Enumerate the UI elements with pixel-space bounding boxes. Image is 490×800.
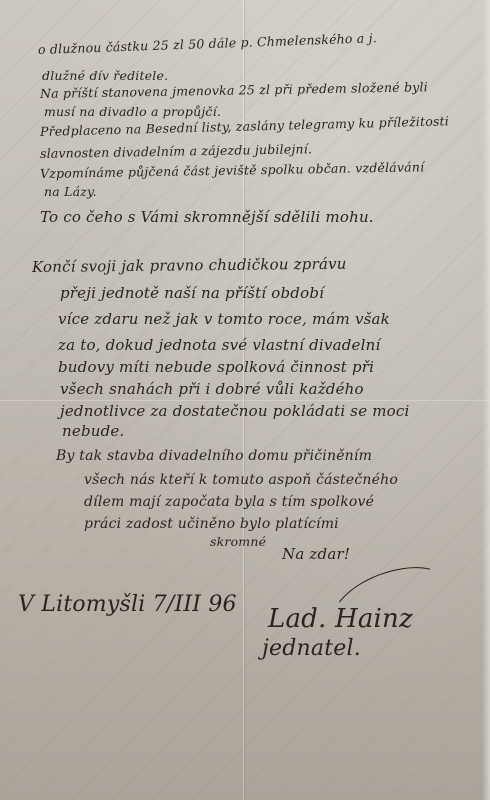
text-line: přeji jednotě naší na příští období <box>60 284 324 302</box>
signature-name: Lad. Hainz <box>268 604 413 634</box>
text-line: na Lázy. <box>44 184 97 199</box>
text-line: Vzpomínáme půjčená část jeviště spolku o… <box>40 159 425 181</box>
text-line: o dlužnou částku 25 zl 50 dále p. Chmele… <box>38 30 377 57</box>
horizontal-fold-crease <box>0 400 490 401</box>
text-line: nebude. <box>62 422 124 440</box>
text-line: jednotlivce za dostatečnou pokládati se … <box>60 402 410 420</box>
text-line: To co čeho s Vámi skromnější sdělili moh… <box>40 208 374 226</box>
text-line: budovy míti nebude spolková činnost při <box>58 358 374 376</box>
text-line: všech nás kteří k tomuto aspoň částečnéh… <box>84 472 398 488</box>
text-line: všech snahách při i dobré vůli každého <box>60 380 364 398</box>
text-line: dílem mají započata byla s tím spolkové <box>84 494 374 510</box>
closing-salutation: Na zdar! <box>282 545 350 563</box>
text-line: práci zadost učiněno bylo platícími <box>84 516 339 532</box>
signature-title: jednatel. <box>262 636 361 661</box>
text-line: skromné <box>210 534 266 549</box>
letter-page: o dlužnou částku 25 zl 50 dále p. Chmele… <box>0 0 490 800</box>
text-line: By tak stavba divadelního domu přičinění… <box>56 448 372 464</box>
text-line: dlužné dív ředitele. <box>42 68 168 83</box>
paper-edge <box>482 0 490 800</box>
text-line: slavnosten divadelním a zájezdu jubilejn… <box>40 141 312 161</box>
text-line: musí na divadlo a propůjčí. <box>44 104 221 119</box>
text-line: Končí svoji jak pravno chudičkou zprávu <box>32 255 347 276</box>
text-line: více zdaru než jak v tomto roce, mám vša… <box>58 310 390 328</box>
place-date: V Litomyšli 7/III 96 <box>18 592 237 617</box>
text-line: za to, dokud jednota své vlastní divadel… <box>58 336 380 354</box>
